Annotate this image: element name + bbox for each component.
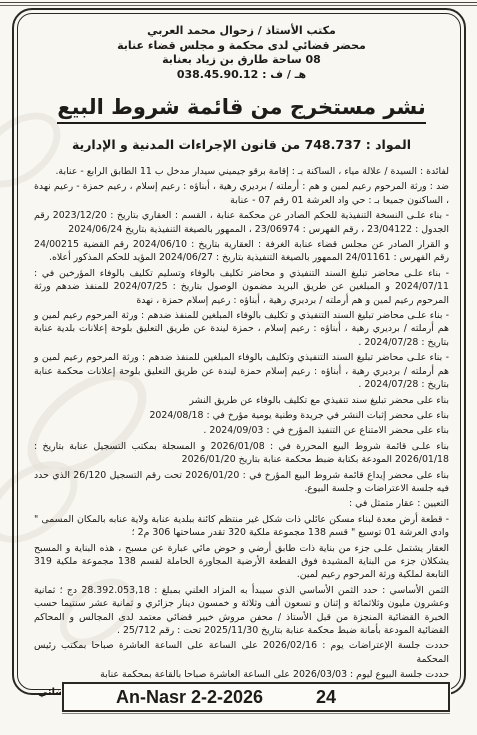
notice-title-text: نشر مستخرج من قائمة شروط البيع: [57, 95, 426, 124]
body-paragraph: بناء على محضر تبليغ سند تنفيذي مع تكليف …: [34, 394, 449, 407]
newspaper-name-date: An-Nasr 2-2-2026: [116, 687, 263, 708]
body-paragraph: بناء على محضر إثبات النشر في جريدة وطنية…: [34, 409, 449, 422]
bailiff-phone: هـ / ف : 038.45.90.12: [34, 68, 449, 83]
notice-title: نشر مستخرج من قائمة شروط البيع: [34, 95, 449, 124]
body-paragraph: حددت جلسة الإعتراضات يوم : 2026/02/16 عل…: [34, 639, 449, 666]
scan-artifact-line: [0, 2, 477, 3]
bailiff-address: 08 ساحة طارق بن زياد بعنابة: [34, 53, 449, 68]
bailiff-office-name: مكتب الأستاذ / زحوال محمد العربي: [34, 24, 449, 39]
body-paragraph: - بناء علـى النسخة التنفيذية للحكم الصاد…: [34, 209, 449, 236]
notice-subtitle: المواد : 748.737 من قانون الإجراءات المد…: [34, 137, 449, 152]
body-paragraph: بناء على محضر إيداع قائمة شروط البيع الم…: [34, 469, 449, 496]
body-paragraph: الثمن الأساسي : حدد الثمن الأساسي الذي س…: [34, 584, 449, 638]
body-paragraph: العقار يشتمل علـى جزء من بناية ذات طابق …: [34, 542, 449, 582]
body-paragraph: - بناء علـى محاضر تبليغ السند التنفيذي و…: [34, 267, 449, 307]
notice-content: مكتب الأستاذ / زحوال محمد العربي محضر قض…: [34, 24, 449, 698]
body-paragraph: و القرار الصادر عن مجلس قضاء عنابة الغرف…: [34, 238, 449, 265]
notice-body: لفائدة : السيدة / علالة مياء ، الساكنة ب…: [34, 165, 449, 682]
body-paragraph: التعيين : عقار متمثل في :: [34, 497, 449, 510]
body-paragraph: - بناء علـى محاضر تبليغ السند التنفيذي و…: [34, 351, 449, 391]
body-paragraph: - بناء علـى محاضر تبليغ السند التنفيذي و…: [34, 309, 449, 349]
body-paragraph: بناء علـى قائمة شروط البيع المحررة في : …: [34, 440, 449, 467]
body-paragraph: بناء على محضر الامتناع عن التنفيذ المؤرخ…: [34, 424, 449, 437]
newspaper-notice-page: مكتب الأستاذ / زحوال محمد العربي محضر قض…: [0, 0, 477, 735]
page-number: 24: [316, 687, 336, 708]
body-paragraph: حددت جلسة البيوع ليوم : 2026/03/03 على ا…: [34, 668, 449, 681]
newspaper-footer-plate: An-Nasr 2-2-2026 24: [62, 682, 450, 712]
body-paragraph: - قطعة أرض معدة لبناء مسكن عائلي ذات شكل…: [34, 513, 449, 540]
body-paragraph: ضد : ورثة المرحوم رعيم لمين و هم : أرملت…: [34, 180, 449, 207]
body-paragraph: لفائدة : السيدة / علالة مياء ، الساكنة ب…: [34, 165, 449, 178]
scan-artifact-line: [0, 5, 477, 6]
bailiff-role: محضر قضائي لدى محكمة و مجلس قضاء عنابة: [34, 39, 449, 54]
